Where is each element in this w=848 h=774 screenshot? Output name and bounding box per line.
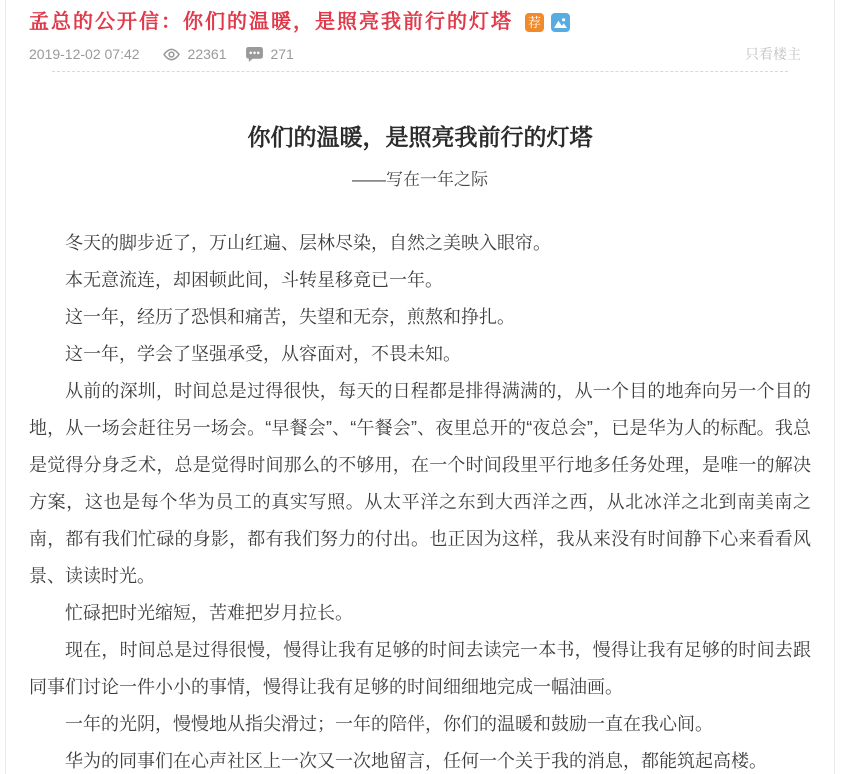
post-date: 2019-12-02 07:42 xyxy=(29,45,140,63)
views-group: 22361 xyxy=(162,45,227,63)
paragraph: 现在，时间总是过得很慢，慢得让我有足够的时间去读完一本书，慢得让我有足够的时间去… xyxy=(29,632,811,706)
view-count: 22361 xyxy=(188,45,227,63)
comment-bubble-icon xyxy=(246,47,263,62)
paragraph: 忙碌把时光缩短，苦难把岁月拉长。 xyxy=(29,595,811,632)
page: 孟总的公开信：你们的温暖，是照亮我前行的灯塔 荐 2019-12-02 07:4… xyxy=(0,0,848,774)
comments-group: 271 xyxy=(246,45,293,63)
recommend-badge-icon: 荐 xyxy=(525,13,544,32)
thread-card: 孟总的公开信：你们的温暖，是照亮我前行的灯塔 荐 2019-12-02 07:4… xyxy=(5,0,835,774)
thread-header: 孟总的公开信：你们的温暖，是照亮我前行的灯塔 荐 2019-12-02 07:4… xyxy=(6,0,834,72)
thread-badges: 荐 xyxy=(525,13,570,32)
paragraph: 华为的同事们在心声社区上一次又一次地留言，任何一个关于我的消息，都能筑起高楼。 xyxy=(29,743,811,774)
thread-title-row: 孟总的公开信：你们的温暖，是照亮我前行的灯塔 荐 xyxy=(29,9,811,36)
paragraph: 从前的深圳，时间总是过得很快，每天的日程都是排得满满的，从一个目的地奔向另一个目… xyxy=(29,373,811,595)
article-body: 冬天的脚步近了，万山红遍、层林尽染，自然之美映入眼帘。本无意流连，却困顿此间，斗… xyxy=(29,225,811,774)
paragraph: 这一年，经历了恐惧和痛苦，失望和无奈，煎熬和挣扎。 xyxy=(29,299,811,336)
paragraph: 本无意流连，却困顿此间，斗转星移竟已一年。 xyxy=(29,262,811,299)
thread-title: 孟总的公开信：你们的温暖，是照亮我前行的灯塔 xyxy=(29,9,513,36)
view-op-only-button[interactable]: 只看楼主 xyxy=(745,45,811,63)
eye-icon xyxy=(162,47,181,62)
picture-icon xyxy=(551,13,570,32)
comment-count: 271 xyxy=(270,45,293,63)
paragraph: 这一年，学会了坚强承受，从容面对，不畏未知。 xyxy=(29,336,811,373)
thread-meta-row: 2019-12-02 07:42 22361 xyxy=(29,45,811,63)
paragraph: 一年的光阴，慢慢地从指尖滑过；一年的陪伴，你们的温暖和鼓励一直在我心间。 xyxy=(29,706,811,743)
paragraph: 冬天的脚步近了，万山红遍、层林尽染，自然之美映入眼帘。 xyxy=(29,225,811,262)
article-subtitle: ——写在一年之际 xyxy=(29,169,811,191)
article: 你们的温暖，是照亮我前行的灯塔 ——写在一年之际 冬天的脚步近了，万山红遍、层林… xyxy=(6,72,834,774)
article-title: 你们的温暖，是照亮我前行的灯塔 xyxy=(29,122,811,152)
